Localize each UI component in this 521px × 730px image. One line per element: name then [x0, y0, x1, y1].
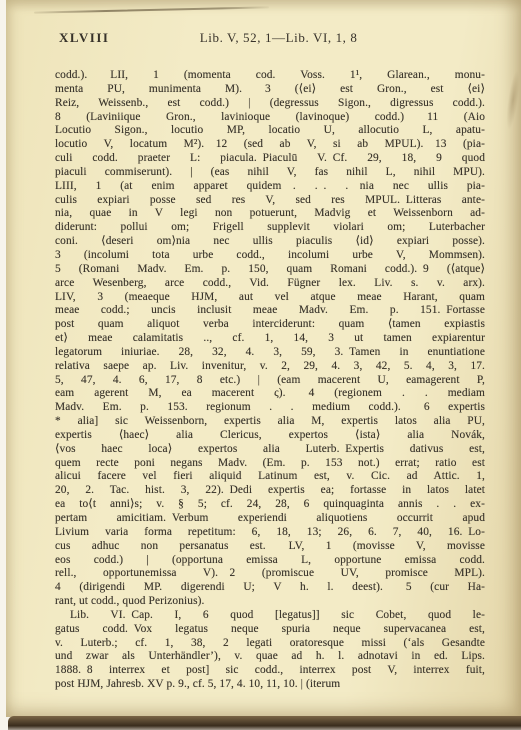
text-line: 5 (Romani Madv. Em. p. 150, quam Romani … — [55, 263, 485, 277]
text-line: coni. ⟨deseri om⟩nia nec ullis piaculis … — [55, 235, 485, 249]
text-line: LIV, 3 (meaeque HJM, aut vel atque meae … — [55, 291, 485, 305]
text-line: post quam aliquot verba interciderunt: q… — [55, 318, 485, 332]
scanned-book-page: XLVIII Lib. V, 52, 1—Lib. VI, 1, 8 codd.… — [0, 0, 521, 730]
text-line: quem recte poni negans Madv. (Em. p. 153… — [55, 457, 485, 471]
text-line: 3 (incolumi tota urbe codd., incolumi ur… — [55, 249, 485, 263]
text-line: rant, ut codd., quod Perizonius). — [55, 595, 485, 609]
text-line: codd.). LII, 1 (momenta cod. Voss. 1¹, G… — [55, 69, 485, 83]
text-line: eam agerent M, ea macerent ς). 4 (region… — [55, 387, 485, 401]
text-line: piaculi commiserunt). | (eas nihil V, fa… — [55, 166, 485, 180]
text-line: arce Wesenberg, arce codd., Vid. Fügner … — [55, 277, 485, 291]
text-line: Madv. Em. p. 153. regionum . . medium co… — [55, 401, 485, 415]
text-line: Livium varia forma repetitum: 6, 18, 13;… — [55, 526, 485, 540]
text-line: nia, quae in V legi non potuerunt, Madvi… — [55, 207, 485, 221]
paper-edge-crease — [504, 70, 521, 131]
text-line: locutio V, locatum M²). 12 (sed ab V, si… — [55, 138, 485, 152]
text-line: relativa saepe ap. Liv. invenitur, v. 2,… — [55, 360, 485, 374]
page-content: XLVIII Lib. V, 52, 1—Lib. VI, 1, 8 codd.… — [55, 30, 485, 692]
book-edge-shadow — [8, 716, 521, 730]
paragraph: codd.). LII, 1 (momenta cod. Voss. 1¹, G… — [55, 69, 485, 609]
text-line: post HJM, Jahresb. XV p. 9., cf. 5, 17, … — [55, 678, 485, 692]
text-line: et⟩ meae calamitatis .., cf. 1, 14, 3 ut… — [55, 332, 485, 346]
text-line: * alia] sic Weissenborn, expertis alia M… — [55, 415, 485, 429]
text-line: rell., opportunemissa V). 2 (promiscue U… — [55, 567, 485, 581]
text-line: legatorum iniuriae. 28, 32, 4. 3, 59, 3.… — [55, 346, 485, 360]
page-header: XLVIII Lib. V, 52, 1—Lib. VI, 1, 8 — [55, 30, 485, 48]
text-line: menta PU, munimenta M). 3 (⟨ei⟩ est Gron… — [55, 83, 485, 97]
text-line: Reiz, Weissenb., est codd.) | (degressus… — [55, 97, 485, 111]
text-line: Lib. VI. Cap. I, 6 quod [legatus]] sic C… — [55, 609, 485, 623]
text-line: 8 (Laviniique Gron., lavinioque (lavinoq… — [55, 111, 485, 125]
paper-crease — [34, 6, 269, 13]
text-line: meae codd.; uncis inclusit meae Madv. Em… — [55, 304, 485, 318]
text-line: cus adhuc non persanatus est. LV, 1 (mov… — [55, 540, 485, 554]
text-line: ⟨vos haec loca⟩ expertos alia Luterb. Ex… — [55, 443, 485, 457]
text-line: 4 (dirigendi MP. digerendi U; V h. l. de… — [55, 581, 485, 595]
text-line: diderunt: pollui om; Frigell supplevit v… — [55, 221, 485, 235]
text-line: und zwar als Unterhändler’), v. quae ad … — [55, 650, 485, 664]
text-line: Locutio Sigon., locutio MP, locatio U, a… — [55, 124, 485, 138]
page-body: codd.). LII, 1 (momenta cod. Voss. 1¹, G… — [55, 69, 485, 692]
text-line: gatus codd. Vox legatus neque spuria neq… — [55, 623, 485, 637]
paper-page: XLVIII Lib. V, 52, 1—Lib. VI, 1, 8 codd.… — [6, 0, 521, 717]
text-line: ea to⟨t anni⟩s; v. § 5; cf. 24, 28, 6 qu… — [55, 498, 485, 512]
page-number: XLVIII — [59, 30, 109, 46]
text-line: eos codd.) | (opportuna emissa L, opport… — [55, 554, 485, 568]
text-line: culi codd. praeter L: piacula. Piaculū V… — [55, 152, 485, 166]
paragraph: Lib. VI. Cap. I, 6 quod [legatus]] sic C… — [55, 609, 485, 692]
text-line: 5, 47, 4. 6, 17, 8 etc.) | (eam macerent… — [55, 374, 485, 388]
text-line: 20, 2. Tac. hist. 3, 22). Dedi expertis … — [55, 484, 485, 498]
text-line: culis expiari posse sed res V, sed res M… — [55, 194, 485, 208]
text-line: expertis ⟨haec⟩ alia Clericus, expertos … — [55, 429, 485, 443]
text-line: 1888. 8 interrex et post] sic codd., int… — [55, 664, 485, 678]
text-line: v. Luterb.; cf. 1, 38, 2 legati oratores… — [55, 637, 485, 651]
text-line: alicui facere vel fieri aliquid Latinum … — [55, 470, 485, 484]
text-line: LIII, 1 (at enim apparet quidem . . . . … — [55, 180, 485, 194]
text-line: pertam amicitiam. Verbum experiendi aliq… — [55, 512, 485, 526]
running-title: Lib. V, 52, 1—Lib. VI, 1, 8 — [200, 30, 358, 46]
